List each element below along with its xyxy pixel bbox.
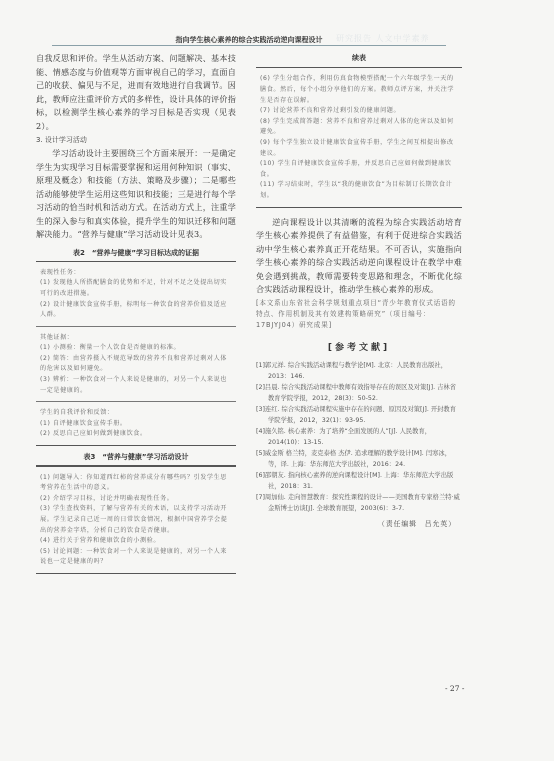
continued-table-label: 续表 — [256, 53, 462, 63]
table-3: 表3 “营养与健康”学习活动设计 (1) 问题导入：你知道西红柿的营养成分有哪些… — [36, 452, 236, 574]
table-3-continued-body: (6) 学生分组合作，利用仿真食物模型搭配一个六年级学生一天的膳食。然后，每个小… — [256, 68, 462, 206]
table-line: (7) 讨论营养不良和营养过剩引发的健康问题。 — [260, 106, 458, 117]
page-number: - 27 - — [445, 684, 464, 693]
reference-item: [3]连红. 综合实践活动课程实施中存在的问题、原因及对策[J]. 开封教育学院… — [256, 404, 462, 426]
table-line: (11) 学习结束时，学生以“我的健康饮食”为目标制订长期饮食计划。 — [260, 180, 458, 201]
table-line: 表现性任务： — [40, 268, 232, 279]
table-line: (2) 反思自己应如何做到健康饮食。 — [40, 429, 232, 440]
reference-item: [2]吕晨. 综合实践活动课程中教师有效指导存在的误区及对策[J]. 吉林省教育… — [256, 382, 462, 404]
table-line: (1) 小测验：衡量一个人饮食是否健康的标准。 — [40, 343, 232, 354]
running-header: 指向学生核心素养的综合实践活动逆向课程设计 — [52, 35, 446, 45]
table-2-caption: 表2 “营养与健康”学习目标达成的证据 — [36, 248, 236, 258]
journal-page: 研究报告 人文中学素养 指向学生核心素养的综合实践活动逆向课程设计 自我反思和评… — [0, 0, 554, 761]
table-bottom-rule — [36, 445, 236, 446]
table-line: (8) 学生完成简答题：营养不良和营养过剩对人体的危害以及如何避免。 — [260, 117, 458, 138]
reference-item: [4]施久铭. 核心素养：为了培养“全面发展的人”[J]. 人民教育，2014(… — [256, 426, 462, 448]
table-line: (3) 学生查找资料，了解与营养有关的术语，以支持学习活动开展。学生记录自己近一… — [40, 504, 232, 536]
funding-note: [本文系山东省社会科学规划重点项目“青少年教育仪式话语的特点、作用机制及其有效建… — [256, 298, 462, 331]
reference-item: [7]周加仙. 走向智慧教育：探究性课程的设计——美国教育专家格兰特·威金斯博士… — [256, 492, 462, 514]
activity-paragraph: 学习活动设计主要围绕三个方面来展开：一是确定学生为实现学习目标需要掌握和运用何种… — [36, 147, 236, 242]
table-line: (3) 辨析：一种饮食对一个人来说是健康的，对另一个人来说也一定是健康的。 — [40, 375, 232, 396]
table-line: (1) 发现他人所搭配膳食的优势和不足，针对不足之处提出切实可行的改进措施。 — [40, 278, 232, 299]
conclusion-paragraph: 逆向课程设计以其清晰的流程为综合实践活动培育学生核心素养提供了有益借鉴，有利于促… — [256, 216, 462, 297]
table-line: (4) 进行关于营养和健康饮食的小测验。 — [40, 536, 232, 547]
section-heading: 3. 设计学习活动 — [36, 134, 236, 146]
table-3-body: (1) 问题导入：你知道西红柿的营养成分有哪些吗？引发学生思考营养在生活中的意义… — [36, 467, 236, 573]
intro-paragraph: 自我反思和评价。学生从活动方案、问题解决、基本技能、情感态度与价值观等方面审视自… — [36, 52, 236, 133]
table-2: 表2 “营养与健康”学习目标达成的证据 表现性任务： (1) 发现他人所搭配膳食… — [36, 248, 236, 447]
references-list: [1]郭元祥. 综合实践活动课程与教学论[M]. 北京：人民教育出版社，2013… — [256, 360, 462, 514]
table-line: (2) 设计健康饮食宣传手册，标明每一种饮食的营养价值及适应人群。 — [40, 300, 232, 321]
table-line: (9) 每个学生独立设计健康饮食宣传手册，学生之间互相提出修改建议。 — [260, 138, 458, 159]
table-2-section-other-evidence: 其他证据： (1) 小测验：衡量一个人饮食是否健康的标准。 (2) 简答：由营养… — [36, 327, 236, 402]
reference-item: [5]威金斯 格兰特，麦克泰格 杰伊. 追求理解的教学设计[M]. 闫寒冰，等，… — [256, 448, 462, 470]
table-line: 学生的自我评价和反馈： — [40, 408, 232, 419]
table-line: (10) 学生自评健康饮食宣传手册，并反思自己应如何做到健康饮食。 — [260, 159, 458, 180]
table-line: (1) 问题导入：你知道西红柿的营养成分有哪些吗？引发学生思考营养在生活中的意义… — [40, 473, 232, 494]
table-2-section-performance: 表现性任务： (1) 发现他人所搭配膳食的优势和不足，针对不足之处提出切实可行的… — [36, 262, 236, 326]
reference-item: [6]邵朝友. 指向核心素养的逆向课程设计[M]. 上海：华东师范大学出版社，2… — [256, 470, 462, 492]
header-rule — [52, 45, 446, 46]
reference-item: [1]郭元祥. 综合实践活动课程与教学论[M]. 北京：人民教育出版社，2013… — [256, 360, 462, 382]
table-2-section-self-assessment: 学生的自我评价和反馈： (1) 自评健康饮食宣传手册。 (2) 反思自己应如何做… — [36, 402, 236, 445]
responsible-editor: （责任编辑 吕允英） — [256, 518, 462, 528]
left-column: 自我反思和评价。学生从活动方案、问题解决、基本技能、情感态度与价值观等方面审视自… — [36, 52, 236, 574]
table-3-caption: 表3 “营养与健康”学习活动设计 — [36, 452, 236, 462]
table-bottom-rule — [256, 207, 462, 208]
table-line: (2) 简答：由营养摄入不规范导致的营养不良和营养过剩对人体的危害以及如何避免。 — [40, 354, 232, 375]
table-line: (2) 介绍学习目标，讨论并明确表现性任务。 — [40, 494, 232, 505]
references-title: [参考文献] — [256, 340, 462, 353]
table-line: (5) 讨论问题：一种饮食对一个人来说是健康的，对另一个人来说也一定是健康的吗？ — [40, 547, 232, 568]
right-column: 续表 (6) 学生分组合作，利用仿真食物模型搭配一个六年级学生一天的膳食。然后，… — [256, 52, 462, 528]
table-bottom-rule — [36, 573, 236, 574]
table-line: (6) 学生分组合作，利用仿真食物模型搭配一个六年级学生一天的膳食。然后，每个小… — [260, 74, 458, 106]
table-line: 其他证据： — [40, 333, 232, 344]
table-line: (1) 自评健康饮食宣传手册。 — [40, 419, 232, 430]
